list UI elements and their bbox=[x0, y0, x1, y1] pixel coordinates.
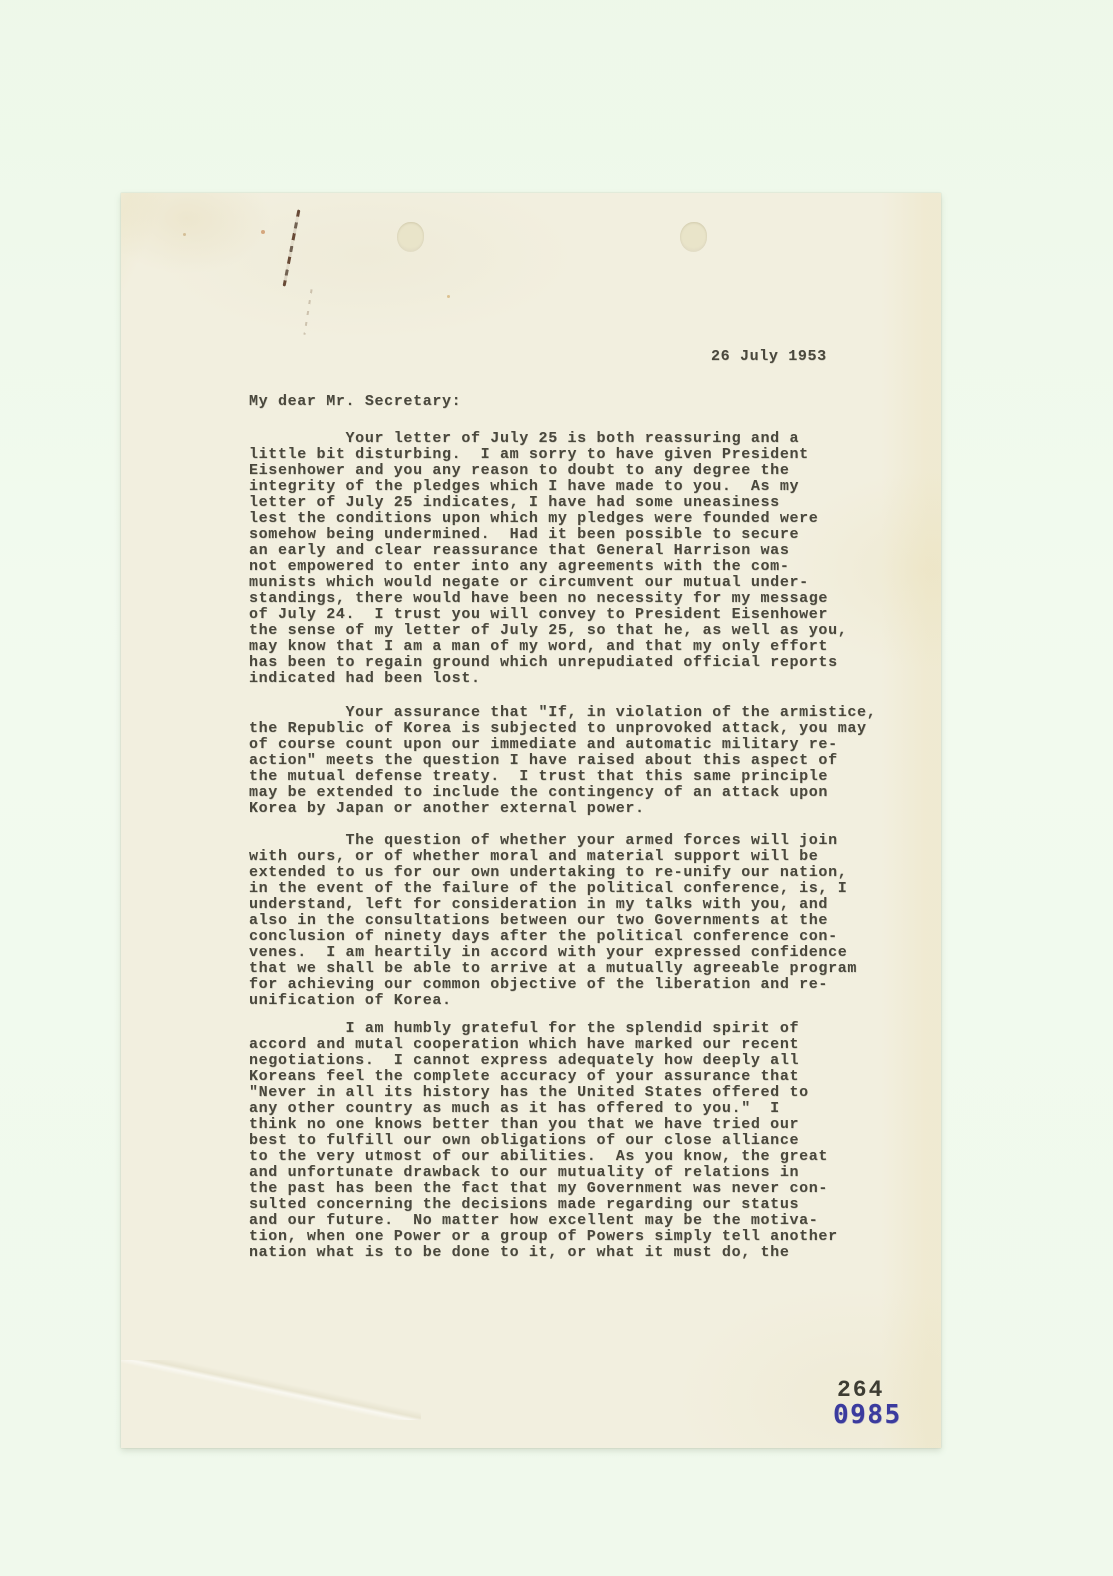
letter-paragraph-1: Your letter of July 25 is both reassurin… bbox=[249, 431, 929, 687]
letter-body: My dear Mr. Secretary: Your letter of Ju… bbox=[249, 394, 929, 1261]
letter-date: 26 July 1953 bbox=[711, 349, 827, 365]
page-number-typed: 264 bbox=[837, 1378, 884, 1402]
page-number-stamp: 0985 bbox=[833, 1402, 902, 1428]
scanned-letter-page: { "colors": { "background": "#f1f9ee", "… bbox=[0, 0, 1113, 1576]
paper-speck bbox=[261, 230, 265, 234]
punch-hole-right bbox=[680, 222, 707, 252]
letter-paragraph-2: Your assurance that "If, in violation of… bbox=[249, 705, 929, 817]
letter-page: 26 July 1953 My dear Mr. Secretary: Your… bbox=[121, 193, 941, 1448]
letter-paragraph-3: The question of whether your armed force… bbox=[249, 833, 929, 1009]
scratch-mark bbox=[283, 209, 301, 286]
paper-speck bbox=[447, 295, 450, 298]
letter-paragraph-4: I am humbly grateful for the splendid sp… bbox=[249, 1021, 929, 1261]
letter-salutation: My dear Mr. Secretary: bbox=[249, 394, 929, 410]
paper-speck bbox=[183, 233, 186, 236]
scratch-mark-tail bbox=[303, 289, 312, 335]
punch-hole-left bbox=[397, 222, 424, 252]
